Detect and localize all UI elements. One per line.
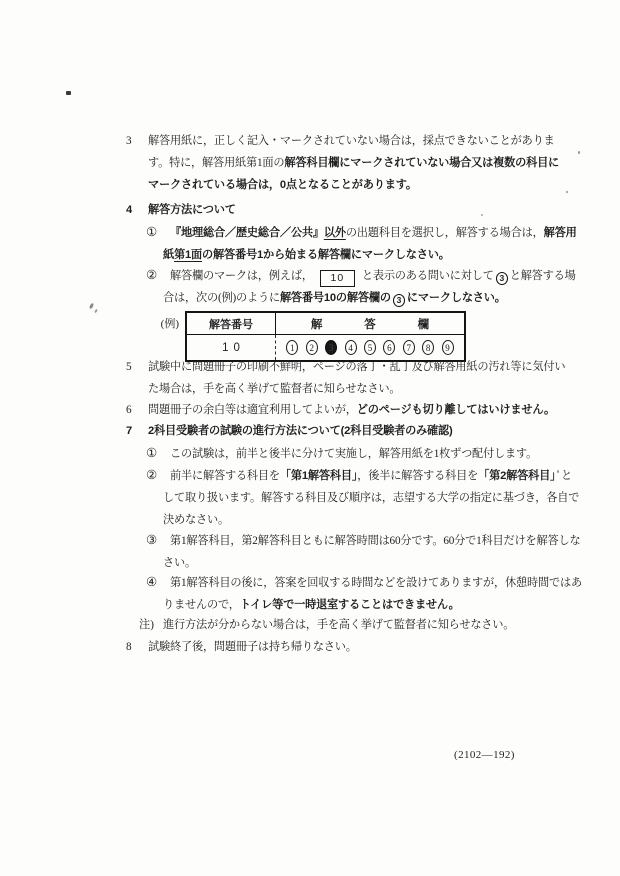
example-label: (例) — [126, 311, 185, 331]
text-run: 2科目受験者の試験の進行方法について(2科目受験者のみ確認) — [148, 425, 453, 437]
instruction-item-5: 5試験中に問題冊子の印刷不鮮明，ページの落丁・乱丁及び解答用紙の汚れ等に気付いた… — [126, 357, 567, 401]
instruction-item-4-sub-2: ②解答欄のマークは，例えば，10と表示のある問いに対して3と解答する場合は，次の… — [126, 265, 582, 310]
instruction-item-7-sub-2: ②前半に解答する科目を「第1解答科目」，後半に解答する科目を「第2解答科目」とし… — [126, 465, 582, 531]
text-run: この試験は，前半と後半に分けて実施し，解答用紙を1枚ずつ配付します。 — [170, 448, 537, 460]
scan-speck — [557, 470, 559, 473]
text-run: 解答方法について — [148, 204, 236, 216]
text-run: 以外 — [324, 227, 346, 239]
scan-speck — [94, 309, 98, 313]
item-number: ① — [146, 443, 170, 465]
text-run: 第1面 — [174, 249, 202, 261]
text-run: 『地理総合／歴史総合／公共』 — [170, 227, 324, 239]
item-number: ④ — [146, 572, 170, 594]
text-run: の解答番号1から始まる解答欄にマークしなさい。 — [202, 249, 450, 261]
answer-example-table: 解答番号 解答欄 10 123456789 — [185, 311, 466, 362]
scanned-exam-instructions-page: 3解答用紙に，正しく記入・マークされていない場合は，採点できないことがあります。… — [0, 0, 620, 876]
circled-digit: 3 — [393, 294, 405, 307]
mark-bubble-filled: 3 — [325, 340, 337, 355]
mark-bubble: 4 — [345, 340, 357, 355]
instruction-item-8: 8試験終了後，問題冊子は持ち帰りなさい。 — [126, 637, 567, 659]
text-run: トイレ等で一時退室することはできません。 — [240, 599, 460, 611]
mark-example: (例) 解答番号 解答欄 10 123456789 — [126, 311, 466, 362]
text-run: どのページも切り離してはいけません。 — [357, 404, 555, 416]
text-run: 問題冊子の余白等は適宜利用してよいが， — [148, 404, 357, 416]
instruction-item-4-sub-1: ①『地理総合／歴史総合／公共』以外の出題科目を選択し，解答する場合は，解答用紙第… — [126, 222, 582, 267]
text-run: 解答欄のマークは，例えば， — [170, 270, 313, 282]
mark-bubble: 9 — [442, 340, 454, 355]
item-number: 7 — [126, 421, 148, 443]
instruction-item-7-note: 注)進行方法が分からない場合は，手を高く挙げて監督者に知らせなさい。 — [126, 615, 582, 637]
instruction-item-7-sub-1: ①この試験は，前半と後半に分けて実施し，解答用紙を1枚ずつ配付します。 — [126, 443, 582, 466]
mark-bubble: 2 — [306, 340, 318, 355]
scan-speck — [566, 191, 568, 193]
mark-bubble: 1 — [286, 340, 298, 355]
instruction-item-7-sub-3: ③第1解答科目，第2解答科目ともに解答時間は60分です。60分で1科目だけを解答… — [126, 530, 582, 575]
header-char: 解 — [311, 316, 323, 332]
item-number: 6 — [126, 400, 148, 422]
text-run: 「第2解答科目」 — [478, 470, 561, 482]
mark-bubble: 6 — [383, 340, 395, 355]
item-number: ① — [146, 222, 170, 244]
answer-number-header: 解答番号 — [187, 313, 276, 334]
text-run: と表示のある問いに対して — [362, 270, 494, 282]
text-run: の出題科目を選択し，解答する場合は， — [346, 227, 544, 239]
instruction-item-3: 3解答用紙に，正しく記入・マークされていない場合は，採点できないことがあります。… — [126, 131, 567, 196]
circled-digit: 3 — [496, 272, 508, 285]
scan-speck — [89, 303, 94, 310]
text-run: 試験中に問題冊子の印刷不鮮明，ページの落丁・乱丁及び解答用紙の汚れ等に気付いた場… — [148, 361, 565, 395]
scan-speck — [578, 151, 580, 154]
scan-speck — [66, 91, 71, 95]
page-code: (2102—192) — [454, 749, 515, 761]
text-run: にマークしなさい。 — [407, 292, 506, 304]
item-number: 3 — [126, 131, 148, 153]
instruction-item-4-heading: 4解答方法について — [126, 200, 567, 222]
scan-speck — [481, 214, 483, 216]
item-number: 8 — [126, 637, 148, 659]
text-run: 進行方法が分からない場合は，手を高く挙げて監督者に知らせなさい。 — [163, 619, 514, 631]
header-char: 欄 — [418, 316, 430, 332]
answer-number-box: 10 — [320, 270, 355, 287]
mark-bubble: 7 — [403, 340, 415, 355]
item-number: ② — [146, 465, 170, 487]
item-number: ② — [146, 265, 170, 287]
answer-column-header: 解答欄 — [276, 313, 464, 334]
text-run: 「第1解答科目」 — [280, 470, 357, 482]
mark-bubble: 8 — [422, 340, 434, 355]
instruction-item-6: 6問題冊子の余白等は適宜利用してよいが，どのページも切り離してはいけません。 — [126, 400, 567, 422]
mark-bubble: 5 — [364, 340, 376, 355]
item-number: 注) — [139, 615, 163, 637]
item-number: 4 — [126, 200, 148, 222]
text-run: 前半に解答する科目を — [170, 470, 280, 482]
text-run: 解答番号10の解答欄の — [280, 292, 391, 304]
instruction-item-7-heading: 72科目受験者の試験の進行方法について(2科目受験者のみ確認) — [126, 421, 567, 443]
text-run: ，後半に解答する科目を — [357, 470, 478, 482]
item-number: 5 — [126, 357, 148, 379]
header-char: 答 — [364, 316, 376, 332]
text-run: 第1解答科目，第2解答科目ともに解答時間は60分です。60分で1科目だけを解答し… — [163, 535, 580, 569]
text-run: 試験終了後，問題冊子は持ち帰りなさい。 — [148, 641, 357, 653]
answer-table-header-row: 解答番号 解答欄 — [187, 313, 464, 335]
item-number: ③ — [146, 530, 170, 552]
instruction-item-7-sub-4: ④第1解答科目の後に，答案を回収する時間などを設けてありますが，休憩時間ではあり… — [126, 572, 582, 617]
scan-speck — [523, 136, 525, 138]
